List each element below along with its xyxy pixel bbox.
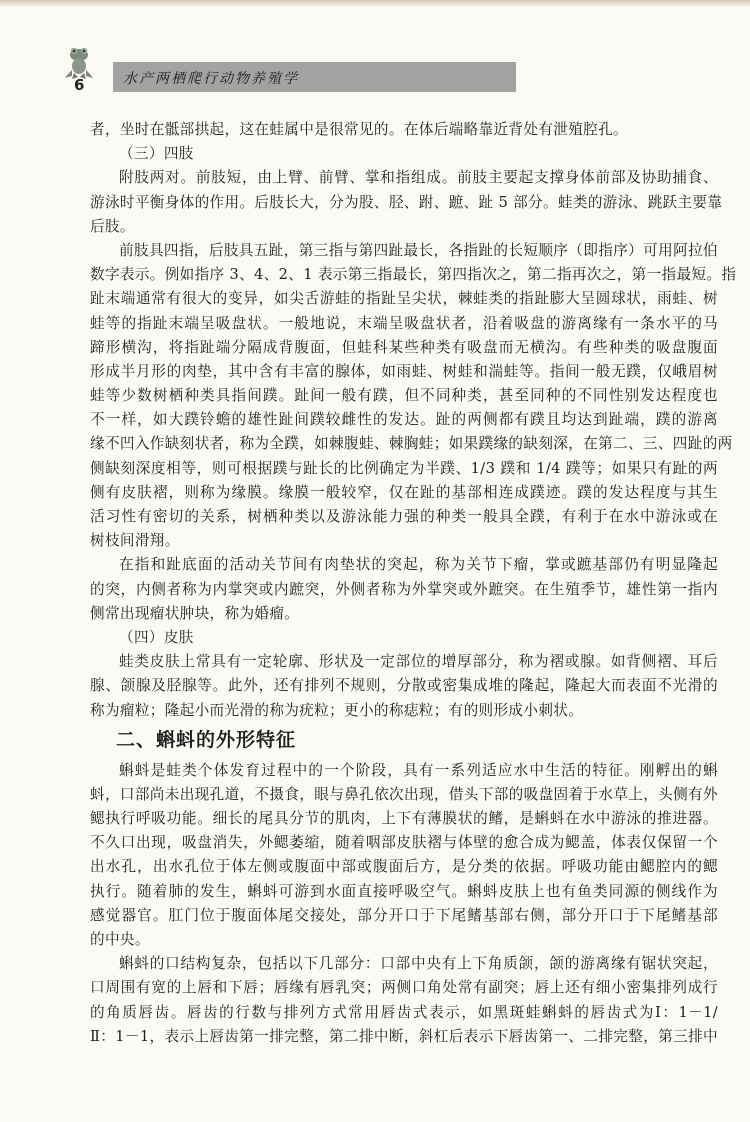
text-line: 前肢具四指，后肢具五趾，第三指与第四趾最长，各指趾的长短顺序（即指序）可用阿拉伯 [90,239,718,263]
text-line: 后肢。 [90,215,718,239]
text-line: 侧常出现瘤状肿块，称为婚瘤。 [90,602,718,626]
text-line: 不久口出现，吸盘消失，外鳃萎缩，随着咽部皮肤褶与体壁的愈合成为鳃盖，体表仅保留一… [90,831,718,855]
limbs-paragraph-2: 前肢具四指，后肢具五趾，第三指与第四趾最长，各指趾的长短顺序（即指序）可用阿拉伯… [90,239,718,553]
text-line: 趾末端通常有很大的变异，如尖舌游蛙的指趾呈尖状，棘蛙类的指趾膨大呈圆球状，雨蛙、… [90,287,718,311]
text-line: 侧有皮肤褶，则称为缘膜。缘膜一般较窄，仅在趾的基部相连成蹼迹。蹼的发达程度与其生 [90,481,718,505]
text-line: 附肢两对。前肢短，由上臂、前臂、掌和指组成。前肢主要起支撑身体前部及协助捕食、 [90,166,718,190]
intro-line: 者，坐时在骶部拱起，这在蛙属中是很常见的。在体后端略靠近背处有泄殖腔孔。 [90,118,718,142]
text-line: 游泳时平衡身体的作用。后肢长大，分为股、胫、跗、蹠、趾 5 部分。蛙类的游泳、跳… [90,191,718,215]
header-bar: 水产两栖爬行动物养殖学 [113,62,516,92]
text-line: 不一样，如大蹼铃蟾的雄性趾间蹼较雌性的发达。趾的两侧都有蹼且均达到趾端，蹼的游离 [90,408,718,432]
limbs-paragraph-3: 在指和趾底面的活动关节间有肉垫状的突起，称为关节下瘤，掌或蹠基部仍有明显隆起 的… [90,553,718,626]
tadpole-paragraph-2: 蝌蚪的口结构复杂，包括以下几部分：口部中央有上下角质颌，颌的游离缘有锯状突起， … [90,952,718,1049]
text-line: 树枝间滑翔。 [90,529,718,553]
tadpole-paragraph-1: 蝌蚪是蛙类个体发育过程中的一个阶段，具有一系列适应水中生活的特征。刚孵出的蝌 蚪… [90,759,718,953]
text-line: 蝌蚪是蛙类个体发育过程中的一个阶段，具有一系列适应水中生活的特征。刚孵出的蝌 [90,759,718,783]
text-line: 蛙等少数树栖种类具指间蹼。趾间一般有蹼，但不同种类，甚至同种的不同性别发达程度也 [90,384,718,408]
text-line: 形成半月形的肉垫，其中含有丰富的腺体，如雨蛙、树蛙和湍蛙等。指间一般无蹼，仅峨眉… [90,360,718,384]
text-line: 的角质唇齿。唇齿的行数与排列方式常用唇齿式表示，如黑斑蛙蝌蚪的唇齿式为Ⅰ：1－1… [90,1001,718,1025]
text-line: 数字表示。例如指序 3、4、2、1 表示第三指最长，第四指次之，第二指再次之，第… [90,263,718,287]
text-line: 称为瘤粒；隆起小而光滑的称为疣粒；更小的称痣粒；有的则形成小刺状。 [90,699,718,723]
text-line: 感觉器官。肛门位于腹面体尾交接处，部分开口于下尾鳍基部右侧，部分开口于下尾鳍基部 [90,904,718,928]
heading-skin: （四）皮肤 [90,626,718,650]
text-line: Ⅱ：1－1，表示上唇齿第一排完整，第二排中断，斜杠后表示下唇齿第一、二排完整，第… [90,1025,718,1049]
text-line: 在指和趾底面的活动关节间有肉垫状的突起，称为关节下瘤，掌或蹠基部仍有明显隆起 [90,553,718,577]
text-line: 蛙等的指趾末端呈吸盘状。一般地说，末端呈吸盘状者，沿着吸盘的游离缘有一条水平的马 [90,312,718,336]
text-line: 出水孔，出水孔位于体左侧或腹面中部或腹面后方，是分类的依据。呼吸功能由鳃腔内的鳃 [90,855,718,879]
text-line: 蹄形横沟，将指趾端分隔成背腹面，但蛙科某些种类有吸盘而无横沟。有些种类的吸盘腹面 [90,336,718,360]
heading-tadpole: 二、蝌蚪的外形特征 [90,723,718,759]
text-line: 腺、颌腺及胫腺等。此外，还有排列不规则，分散或密集成堆的隆起，隆起大而表面不光滑… [90,674,718,698]
text-line: 缘不凹入作缺刻状者，称为全蹼，如棘腹蛙、棘胸蛙；如果蹼缘的缺刻深，在第二、三、四… [90,432,718,456]
text-line: 执行。随着肺的发生，蝌蚪可游到水面直接呼吸空气。蝌蚪皮肤上也有鱼类同源的侧线作为 [90,880,718,904]
text-line: 的中央。 [90,928,718,952]
text-line: 蝌蚪的口结构复杂，包括以下几部分：口部中央有上下角质颌，颌的游离缘有锯状突起， [90,952,718,976]
text-line: 活习性有密切的关系，树栖种类以及游泳能力强的种类一般具全蹼，有利于在水中游泳或在 [90,505,718,529]
text-line: 侧缺刻深度相等，则可根据蹼与趾长的比例确定为半蹼、1/3 蹼和 1/4 蹼等；如… [90,457,718,481]
text-line: 蚪，口部尚未出现孔道，不摄食，眼与鼻孔依次出现，借头下部的吸盘固着于水草上，头侧… [90,783,718,807]
page-body: 者，坐时在骶部拱起，这在蛙属中是很常见的。在体后端略靠近背处有泄殖腔孔。 （三）… [90,118,718,1049]
book-title: 水产两栖爬行动物养殖学 [123,68,299,88]
text-line: 的突，内侧者称为内掌突或内蹠突，外侧者称为外掌突或外蹠突。在生殖季节，雄性第一指… [90,578,718,602]
page-number: 6 [74,76,84,94]
text-line: 鳃执行呼吸功能。细长的尾具分节的肌肉，上下有薄膜状的鳍，是蝌蚪在水中游泳的推进器… [90,807,718,831]
heading-limbs: （三）四肢 [90,142,718,166]
text-line: 口周围有宽的上唇和下唇；唇缘有唇乳突；两侧口角处常有副突；唇上还有细小密集排列成… [90,976,718,1000]
limbs-paragraph-1: 附肢两对。前肢短，由上臂、前臂、掌和指组成。前肢主要起支撑身体前部及协助捕食、 … [90,166,718,239]
frog-icon [64,46,94,80]
text-line: 蛙类皮肤上常具有一定轮廓、形状及一定部位的增厚部分，称为褶或腺。如背侧褶、耳后 [90,650,718,674]
skin-paragraph-1: 蛙类皮肤上常具有一定轮廓、形状及一定部位的增厚部分，称为褶或腺。如背侧褶、耳后 … [90,650,718,723]
running-header: 6 水产两栖爬行动物养殖学 [0,0,750,110]
